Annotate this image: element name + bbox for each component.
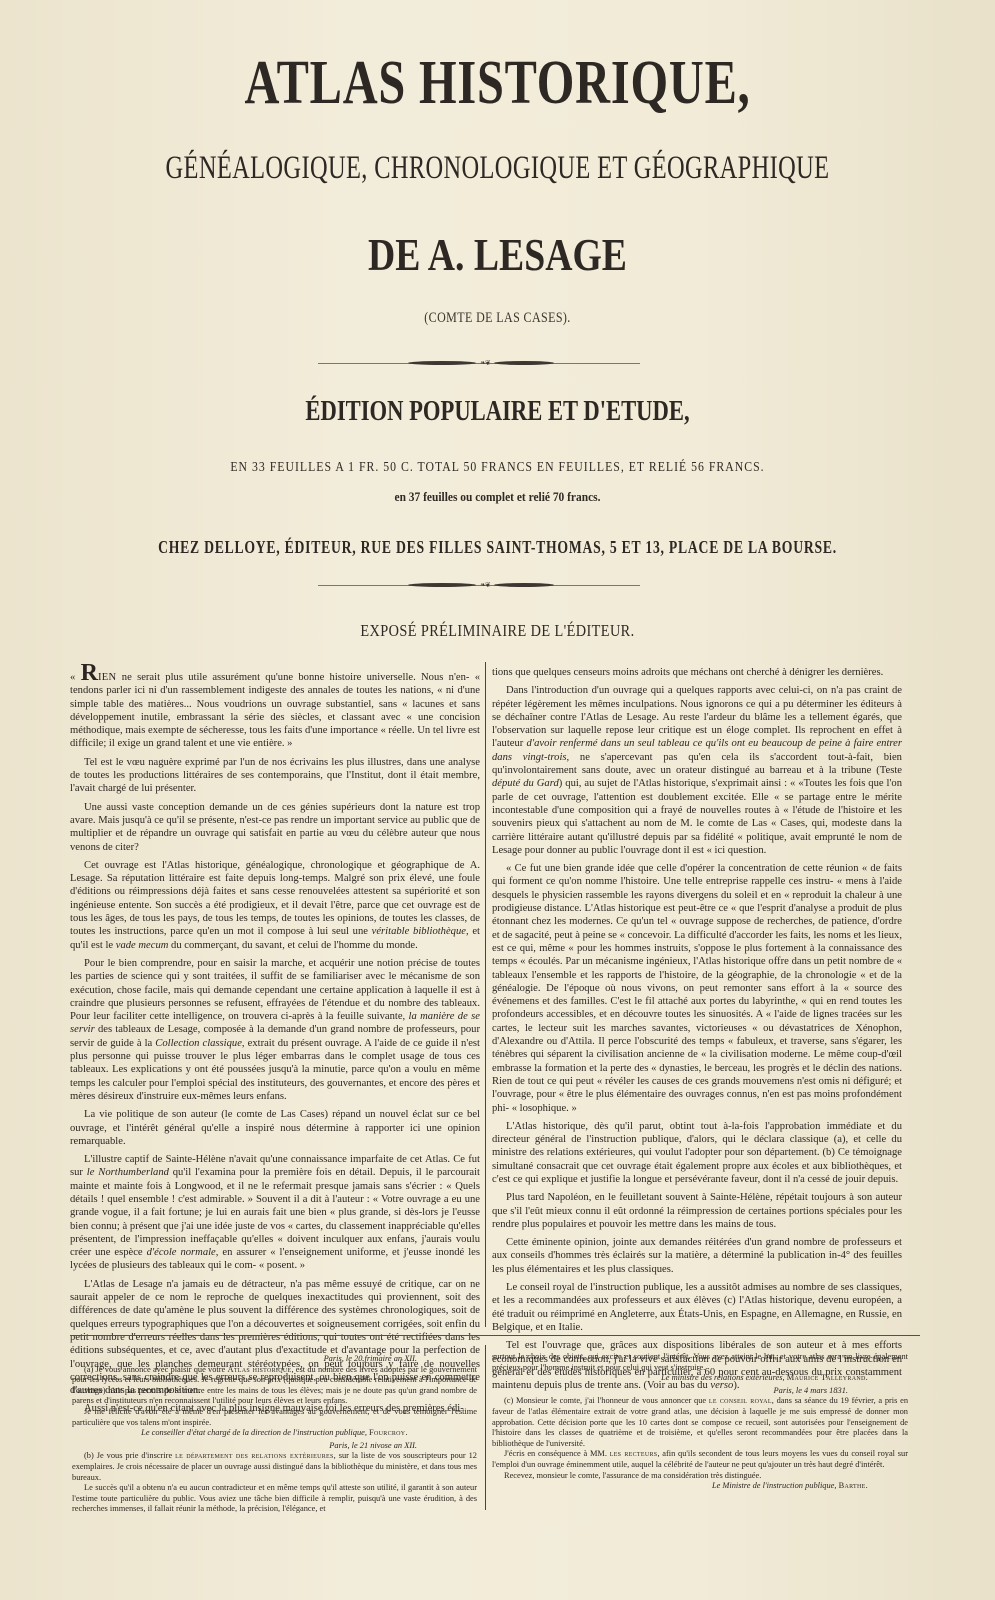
paragraph: L'illustre captif de Sainte-Hélène n'ava… [70, 1153, 480, 1273]
footnote-text: Je me félicite d'avoir été à même d'en p… [72, 1407, 477, 1428]
ornament-divider: ❧❦ [318, 360, 640, 368]
footnote-text: surtout le choix des objets, qui excite … [492, 1352, 908, 1373]
price-line-2: en 37 feuilles ou complet et relié 70 fr… [60, 489, 936, 505]
paragraph: Plus tard Napoléon, en le feuilletant so… [492, 1191, 902, 1231]
paragraph: La vie politique de son auteur (le comte… [70, 1108, 480, 1148]
paragraph: Une aussi vaste conception demande un de… [70, 801, 480, 854]
footnote-signature: Le Ministre de l'instruction publique, B… [492, 1481, 908, 1492]
footnote-text: Le succès qu'il a obtenu n'a eu aucun co… [72, 1483, 477, 1515]
footnote-rule [70, 1335, 920, 1336]
author-heading: DE A. LESAGE [90, 228, 906, 281]
main-title: ATLAS HISTORIQUE, [109, 48, 885, 119]
publisher-line: CHEZ DELLOYE, ÉDITEUR, RUE DES FILLES SA… [119, 537, 875, 558]
paragraph: Le conseil royal de l'instruction publiq… [492, 1281, 902, 1334]
paragraph: Tel est le vœu naguère exprimé par l'un … [70, 756, 480, 796]
footnote-signature: Le conseiller d'état chargé de la direct… [72, 1428, 477, 1439]
footnote-signature: Le ministre des relations extérieures, M… [492, 1373, 908, 1384]
section-title: EXPOSÉ PRÉLIMINAIRE DE L'ÉDITEUR. [80, 621, 916, 641]
body-column-left: « RIEN ne serait plus utile assurément q… [70, 666, 480, 1421]
footnote-a: (a) Je vous annonce avec plaisir que vot… [72, 1365, 477, 1407]
edition-heading: ÉDITION POPULAIRE ET D'ETUDE, [109, 395, 885, 428]
document-page: ATLAS HISTORIQUE, GÉNÉALOGIQUE, CHRONOLO… [0, 0, 995, 1600]
paragraph: Cette éminente opinion, jointe aux deman… [492, 1236, 902, 1276]
author-note: (COMTE DE LAS CASES). [100, 310, 896, 327]
paragraph: « RIEN ne serait plus utile assurément q… [70, 666, 480, 751]
paragraph: L'Atlas historique, dès qu'il parut, obt… [492, 1120, 902, 1186]
column-divider [485, 662, 486, 1327]
subtitle: GÉNÉALOGIQUE, CHRONOLOGIQUE ET GÉOGRAPHI… [129, 150, 865, 187]
paragraph: « Ce fut une bien grande idée que celle … [492, 862, 902, 1115]
paragraph: Pour le bien comprendre, pour en saisir … [70, 957, 480, 1103]
footnotes-left: Paris, le 20 frimaire an XII. (a) Je vou… [72, 1352, 477, 1515]
footnote-text: J'écris en conséquence à MM. les recteur… [492, 1449, 908, 1470]
footnotes-right: surtout le choix des objets, qui excite … [492, 1352, 908, 1492]
footnote-date: Paris, le 4 mars 1831. [492, 1386, 908, 1397]
paragraph: Cet ouvrage est l'Atlas historique, géné… [70, 859, 480, 952]
footnote-column-divider [485, 1345, 486, 1510]
footnote-date: Paris, le 21 nivose an XII. [72, 1441, 477, 1452]
footnote-date: Paris, le 20 frimaire an XII. [72, 1354, 477, 1365]
footnote-text: Recevez, monsieur le comte, l'assurance … [492, 1471, 908, 1482]
paragraph: Dans l'introduction d'un ouvrage qui a q… [492, 684, 902, 857]
ornament-divider: ❧❦ [318, 582, 640, 590]
footnote-b: (b) Je vous prie d'inscrire le départeme… [72, 1451, 477, 1483]
paragraph: tions que quelques censeurs moins adroit… [492, 666, 902, 679]
footnote-c: (c) Monsieur le comte, j'ai l'honneur de… [492, 1396, 908, 1449]
body-column-right: tions que quelques censeurs moins adroit… [492, 666, 902, 1397]
price-line: EN 33 FEUILLES A 1 FR. 50 C. TOTAL 50 FR… [80, 460, 916, 476]
